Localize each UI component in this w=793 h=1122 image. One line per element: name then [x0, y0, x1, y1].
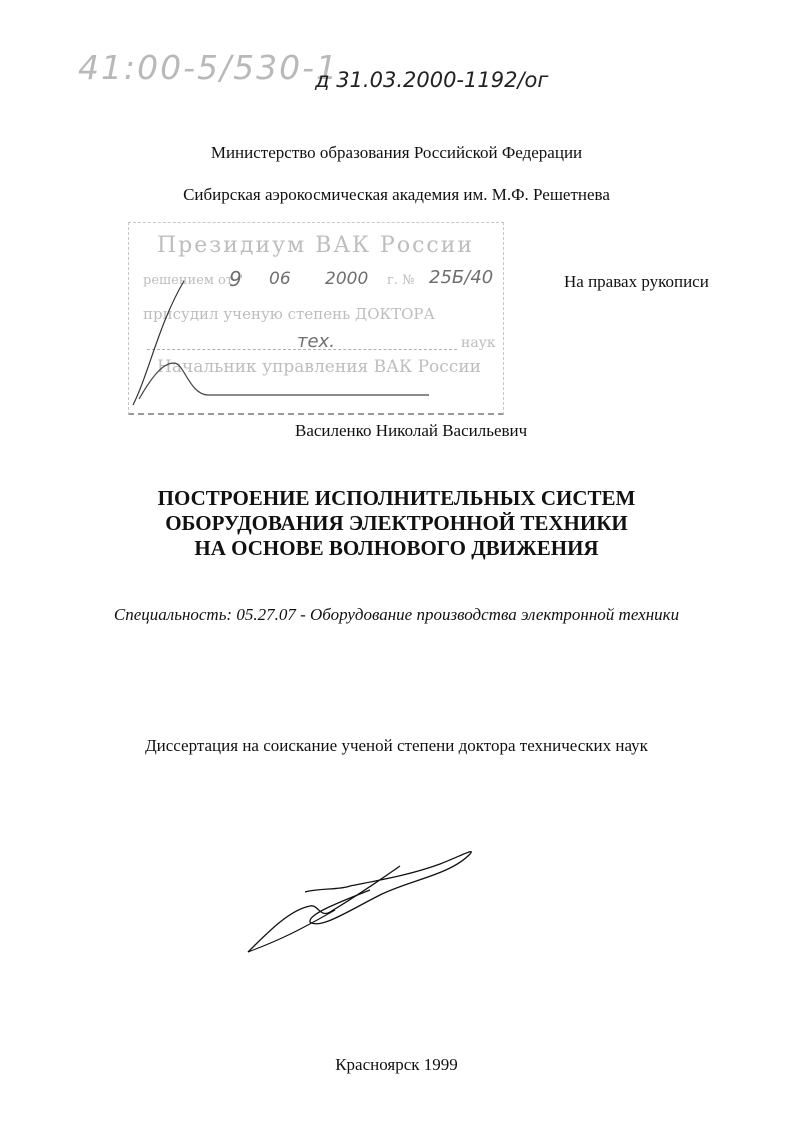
registry-date-handwritten: д 31.03.2000-1192/ог [315, 68, 548, 92]
rights-note: На правах рукописи [564, 272, 709, 292]
dissertation-title: ПОСТРОЕНИЕ ИСПОЛНИТЕЛЬНЫХ СИСТЕМ ОБОРУДО… [0, 486, 793, 561]
city-year: Красноярск 1999 [0, 1055, 793, 1075]
stamp-signature-icon [129, 223, 503, 413]
title-line-1: ПОСТРОЕНИЕ ИСПОЛНИТЕЛЬНЫХ СИСТЕМ [0, 486, 793, 511]
title-line-3: НА ОСНОВЕ ВОЛНОВОГО ДВИЖЕНИЯ [0, 536, 793, 561]
author-signature-icon [240, 840, 480, 960]
ministry-name: Министерство образования Российской Феде… [0, 143, 793, 163]
vak-stamp: Президиум ВАК России решением от " 9 06 … [128, 222, 504, 415]
dissertation-type: Диссертация на соискание ученой степени … [0, 736, 793, 756]
title-line-2: ОБОРУДОВАНИЯ ЭЛЕКТРОННОЙ ТЕХНИКИ [0, 511, 793, 536]
specialty: Специальность: 05.27.07 - Оборудование п… [0, 605, 793, 625]
registry-code: 41:00-5/530-1 [78, 48, 339, 87]
academy-name: Сибирская аэрокосмическая академия им. М… [0, 185, 793, 205]
author-name: Василенко Николай Васильевич [295, 421, 527, 441]
